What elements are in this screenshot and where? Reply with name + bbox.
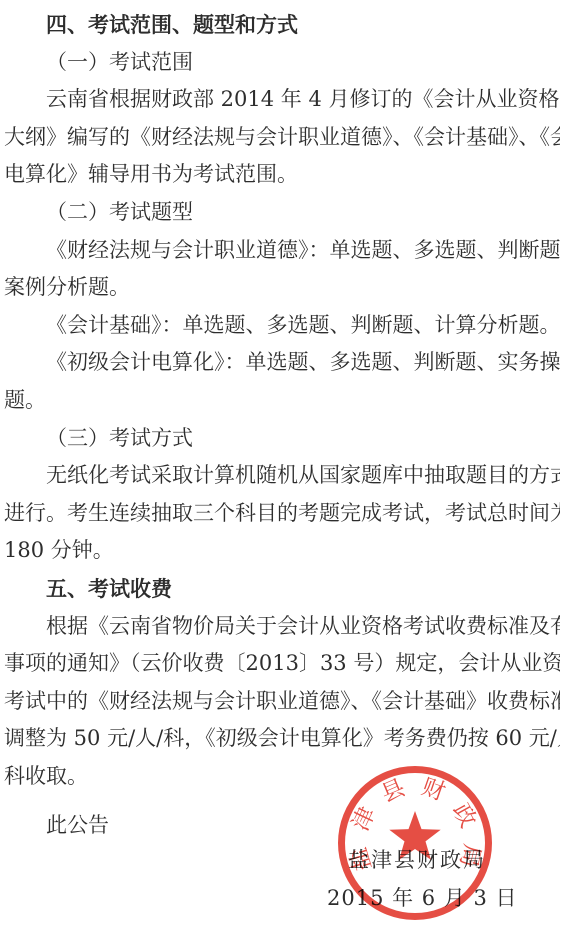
doc-line: 事项的通知》（云价收费〔2013〕33 号）规定，会计从业资格 [4,645,560,683]
doc-line: 《初级会计电算化》：单选题、多选题、判断题、实务操作 [4,344,560,382]
section-heading-4: 四、考试范围、题型和方式 [4,6,560,44]
doc-line: 根据《云南省物价局关于会计从业资格考试收费标准及有关 [4,608,560,646]
doc-line: 进行。考生连续抽取三个科目的考题完成考试，考试总时间为 [4,495,560,533]
subsection-1-label: （一）考试范围 [4,44,560,82]
signature-date: 2015 年 6 月 3 日 [327,887,518,910]
doc-line: 180 分钟。 [4,532,560,570]
doc-line: 电算化》辅导用书为考试范围。 [4,156,560,194]
doc-line: 大纲》编写的《财经法规与会计职业道德》、《会计基础》、《会计 [4,119,560,157]
doc-line: 题。 [4,382,560,420]
doc-line: 无纸化考试采取计算机随机从国家题库中抽取题目的方式 [4,457,560,495]
section-heading-5: 五、考试收费 [4,570,560,608]
doc-line: 云南省根据财政部 2014 年 4 月修订的《会计从业资格考试 [4,81,560,119]
document-body: 四、考试范围、题型和方式 （一）考试范围 云南省根据财政部 2014 年 4 月… [0,0,576,845]
signature-name: 盐津县财政局 [348,849,486,872]
subsection-2-label: （二）考试题型 [4,194,560,232]
doc-line: 案例分析题。 [4,269,560,307]
doc-line: 考试中的《财经法规与会计职业道德》、《会计基础》收费标准 [4,683,560,721]
doc-line: 《会计基础》：单选题、多选题、判断题、计算分析题。 [4,307,560,345]
doc-line: 调整为 50 元/人/科，《初级会计电算化》考务费仍按 60 元/人/ [4,720,560,758]
closing-line: 此公告 [4,807,560,845]
subsection-3-label: （三）考试方式 [4,420,560,458]
doc-line: 《财经法规与会计职业道德》：单选题、多选题、判断题、 [4,232,560,270]
doc-line: 科收取。 [4,758,560,796]
